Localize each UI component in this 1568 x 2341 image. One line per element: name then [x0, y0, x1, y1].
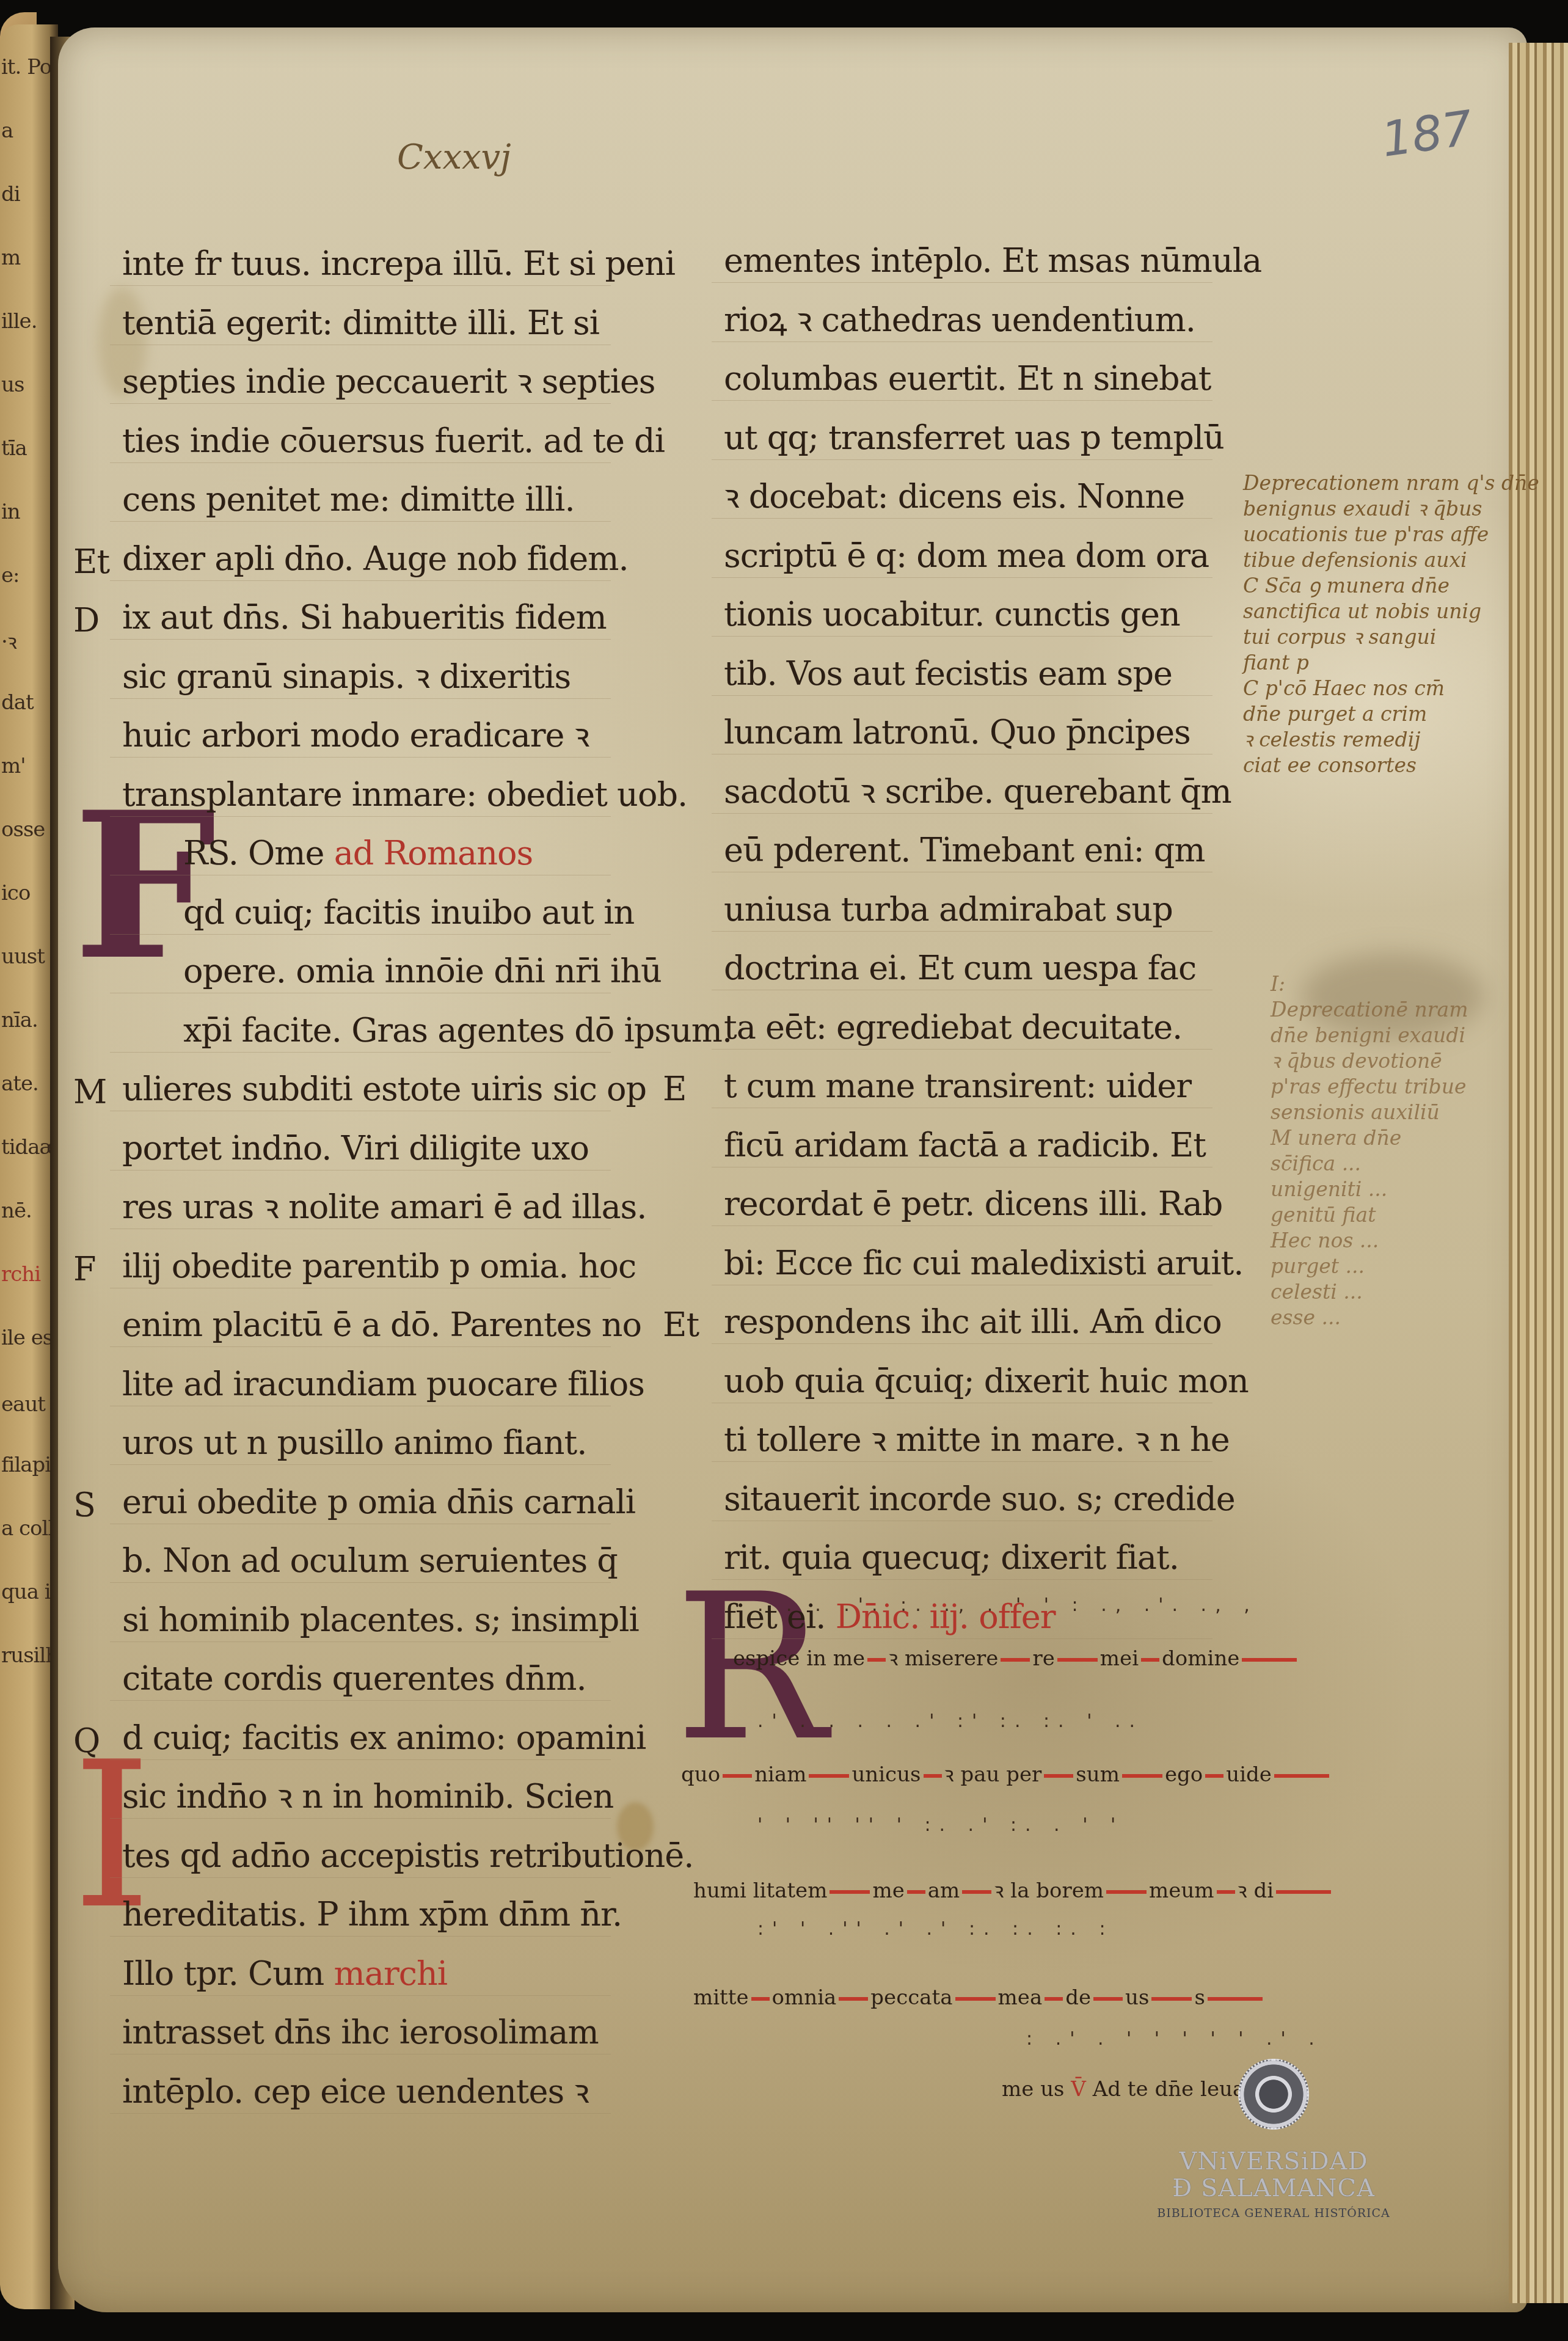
chant-syllable: sum: [1076, 1762, 1120, 1787]
ruling-line: [110, 1406, 611, 1406]
line-text: sic indn̄o ꝛ n in hominib. Scien: [122, 1777, 613, 1816]
line-text: fiet ei.: [724, 1598, 825, 1636]
ruling-line: [110, 1111, 611, 1111]
text-line: hereditatis. P ihm xp̄m dn̄m n̄r.: [122, 1898, 622, 1931]
ruling-line: [712, 1108, 1212, 1108]
marginalia-line: I:: [1271, 971, 1468, 997]
ruling-line: [712, 459, 1212, 460]
chant-syllable: de: [1065, 1985, 1091, 2010]
neume-row: ' ' '' '' ' :. .' :. . ' ': [757, 1814, 1124, 1836]
ruling-line: [110, 816, 611, 817]
margin-initial: Et: [663, 1306, 699, 1344]
text-line: tib. Vos aut fecistis eam spe: [724, 657, 1172, 690]
chant-syllable: niam: [754, 1762, 806, 1787]
margin-initial: F: [73, 1250, 95, 1288]
ruling-line: [110, 1700, 611, 1701]
text-line: res uras ꝛ nolite amari ē ad illas.: [122, 1191, 647, 1224]
facing-page-fragment: rchi: [1, 1262, 40, 1287]
text-line: transplantare inmare: obediet uob.: [122, 778, 687, 811]
line-text: rioꝝ ꝛ cathedras uendentium.: [724, 301, 1195, 339]
melisma-line: [809, 1774, 849, 1778]
text-line: sic indn̄o ꝛ n in hominib. Scien: [122, 1780, 613, 1813]
text-line: columbas euertit. Et n sinebat: [724, 362, 1211, 395]
text-line: doctrina ei. Et cum uespa fac: [724, 952, 1196, 985]
watermark-line-3: BIBLIOTECA GENERAL HISTÓRICA: [1145, 2207, 1402, 2220]
marginalia-line: Deprecationem nram q's dn̄e: [1243, 470, 1539, 496]
margin-initial: Et: [73, 542, 109, 581]
line-text: bi: Ecce fic cui maledixisti aruit.: [724, 1244, 1243, 1282]
ruling-line: [712, 577, 1212, 578]
text-line: b. Non ad oculum seruientes q̄: [122, 1544, 618, 1577]
text-line: bi: Ecce fic cui maledixisti aruit.: [724, 1247, 1243, 1280]
line-text: ulieres subditi estote uiris sic op: [122, 1070, 646, 1108]
line-text: ꝛ docebat: dicens eis. Nonne: [724, 477, 1184, 516]
text-line: ut qq; transferret uas p templū: [724, 422, 1224, 455]
line-text: tes qd adn̄o accepistis retributionē.: [122, 1836, 693, 1875]
line-text: d cuiq; facitis ex animo: opamini: [122, 1718, 646, 1757]
chant-syllable: ꝛ di: [1238, 1879, 1274, 1903]
chant-syllable: uide: [1226, 1762, 1272, 1787]
ruling-line: [712, 1225, 1212, 1226]
melisma-line: [907, 1890, 925, 1894]
chant-syllable: ꝛ miserere: [888, 1646, 998, 1671]
chant-syllable: meum: [1149, 1879, 1214, 1903]
facing-page-fragment: osse: [1, 817, 45, 842]
ruling-line: [110, 1995, 611, 1996]
library-watermark: VNiVERSiDAD Đ SALAMANCA BIBLIOTECA GENER…: [1145, 2059, 1402, 2220]
facing-page-fragment: di: [1, 182, 20, 206]
text-line: opere. omia innōie dn̄i nr̄i ihū: [183, 955, 662, 988]
text-line: tionis uocabitur. cunctis gen: [724, 598, 1180, 631]
text-line: rioꝝ ꝛ cathedras uendentium.: [724, 304, 1195, 337]
ruling-line: [110, 1582, 611, 1583]
ruling-line: [110, 1877, 611, 1878]
ruling-line: [110, 1288, 611, 1288]
line-text: inte fr tuus. increpa illū. Et si peni: [122, 244, 675, 283]
university-seal-icon: [1238, 2059, 1309, 2130]
chant-syllable: us: [1125, 1985, 1149, 2010]
melisma-line: [830, 1890, 870, 1894]
text-line: d cuiq; facitis ex animo: opamini: [122, 1722, 646, 1755]
line-text: RS. Ome: [183, 834, 324, 872]
facing-page-fragment: uust: [1, 944, 45, 969]
marginalia-line: Deprecationē nram: [1271, 997, 1468, 1023]
line-text: respondens ihc ait illi. Am̄ dico: [724, 1302, 1222, 1341]
marginalia-line: ꝛ celestis remedij: [1243, 727, 1539, 753]
marginalia-line: p'ras effectu tribue: [1271, 1074, 1468, 1100]
chant-syllable: mitte: [693, 1985, 749, 2010]
marginalia-line: ciat ee consortes: [1243, 753, 1539, 778]
text-line: ix aut dn̄s. Si habueritis fidem: [122, 601, 607, 634]
ruling-line: [110, 1642, 611, 1642]
melisma-line: [1093, 1997, 1123, 2001]
ruling-line: [712, 1343, 1212, 1344]
margin-initial: E: [663, 1070, 686, 1108]
marginalia-line: C p'cō Haec nos cm̄: [1243, 676, 1539, 701]
facing-page-fragment: ·ꝛ: [1, 627, 16, 655]
chant-syllable: domine: [1162, 1646, 1239, 1671]
line-text: Illo tpr. Cum: [122, 1954, 324, 1993]
melisma-line: [1276, 1890, 1331, 1894]
text-line: septies indie peccauerit ꝛ septies: [122, 365, 655, 398]
line-text: sic granū sinapis. ꝛ dixeritis: [122, 657, 571, 696]
marginalia-line: fiant p: [1243, 650, 1539, 676]
text-line: xp̄i facite. Gras agentes dō ipsum.: [183, 1014, 732, 1047]
text-line: rit. quia quecuq; dixerit fiat.: [724, 1541, 1179, 1574]
ruling-line: [712, 518, 1212, 519]
line-text: uros ut n pusillo animo fiant.: [122, 1423, 586, 1462]
margin-initial: S: [73, 1486, 95, 1524]
line-text: ficū aridam factā a radicib. Et: [724, 1126, 1206, 1164]
marginalia-line: unigeniti ...: [1271, 1177, 1468, 1202]
text-line: recordat ē petr. dicens illi. Rab: [724, 1188, 1222, 1221]
ruling-line: [712, 400, 1212, 401]
line-text: b. Non ad oculum seruientes q̄: [122, 1541, 618, 1580]
text-line: enim placitū ē a dō. Parentes no: [122, 1309, 641, 1342]
text-line: lite ad iracundiam puocare filios: [122, 1368, 644, 1401]
chant-syllable: ꝛ la borem: [994, 1879, 1104, 1903]
line-text: enim placitū ē a dō. Parentes no: [122, 1306, 641, 1344]
margin-initial: Q: [73, 1722, 100, 1760]
melisma-line: [1001, 1658, 1030, 1662]
text-line: sic granū sinapis. ꝛ dixeritis: [122, 660, 571, 693]
marginalia-line: celesti ...: [1271, 1279, 1468, 1305]
ruling-line: [110, 2054, 611, 2054]
line-text: tionis uocabitur. cunctis gen: [724, 595, 1180, 634]
ruling-line: [712, 872, 1212, 872]
melisma-line: [1106, 1890, 1147, 1894]
melisma-line: [751, 1997, 770, 2001]
melisma-line: [839, 1997, 868, 2001]
line-text: columbas euertit. Et n sinebat: [724, 359, 1211, 398]
ruling-line: [110, 698, 611, 699]
ruling-line: [110, 757, 611, 758]
line-text: ties indie cōuersus fuerit. ad te di: [122, 422, 665, 460]
line-text: intrasset dn̄s ihc ierosolimam: [122, 2013, 599, 2051]
line-text: lite ad iracundiam puocare filios: [122, 1365, 644, 1403]
line-text: uob quia q̄cuiq; dixerit huic mon: [724, 1362, 1249, 1400]
marginalia-line: tibue defensionis auxi: [1243, 547, 1539, 573]
ruling-line: [110, 1936, 611, 1937]
line-text: portet indn̄o. Viri diligite uxo: [122, 1129, 589, 1167]
facing-page-fragment: filapi:: [1, 1453, 57, 1477]
ruling-line: [110, 403, 611, 404]
line-text: qd cuiq; facitis inuibo aut in: [183, 893, 634, 932]
melisma-line: [1057, 1658, 1098, 1662]
text-line: ties indie cōuersus fuerit. ad te di: [122, 425, 665, 458]
marginalia-line: sensionis auxiliū: [1271, 1100, 1468, 1125]
line-text: recordat ē petr. dicens illi. Rab: [724, 1185, 1222, 1223]
margin-initial: M: [73, 1073, 106, 1111]
melisma-line: [1122, 1774, 1162, 1778]
ruling-line: [110, 2113, 611, 2114]
rubric: marchi: [334, 1954, 448, 1993]
facing-page-fragment: e:: [1, 563, 20, 588]
ruling-line: [110, 993, 611, 993]
text-line: intēplo. cep eice uendentes ꝛ: [122, 2075, 589, 2108]
watermark-line-1: VNiVERSiDAD: [1145, 2148, 1402, 2175]
ruling-line: [712, 1521, 1212, 1521]
ruling-line: [110, 462, 611, 463]
ruling-line: [712, 282, 1212, 283]
line-text: sacdotū ꝛ scribe. querebant q̄m: [724, 772, 1231, 811]
chant-text-line: humi litatemmeamꝛ la boremmeumꝛ di: [693, 1875, 1333, 1904]
marginalia-line: M unera dn̄e: [1271, 1125, 1468, 1151]
chant-syllable: mea: [998, 1985, 1043, 2010]
line-text: tib. Vos aut fecistis eam spe: [724, 654, 1172, 693]
facing-page-fragment: in: [1, 500, 20, 524]
marginalia-line: tui corpus ꝛ sangui: [1243, 624, 1539, 650]
marginalia-line: sc̄ifica ...: [1271, 1151, 1468, 1177]
ruling-line: [110, 1759, 611, 1760]
chant-syllable: V̄: [1071, 2077, 1086, 2102]
line-text: ut qq; transferret uas p templū: [724, 418, 1224, 457]
facing-page-fragment: a: [1, 119, 13, 143]
text-line: citate cordis querentes dn̄m.: [122, 1662, 586, 1695]
facing-page-fragment: nīa.: [1, 1008, 38, 1032]
text-line: respondens ihc ait illi. Am̄ dico: [724, 1306, 1222, 1338]
text-line: si hominib placentes. s; insimpli: [122, 1604, 639, 1637]
text-line: ti tollere ꝛ mitte in mare. ꝛ n he: [724, 1423, 1230, 1456]
facing-page-fragment: us: [1, 373, 24, 397]
running-head: Cxxxvj: [397, 137, 511, 177]
ruling-line: [110, 1524, 611, 1524]
chant-syllable: me: [872, 1879, 904, 1903]
text-line: ꝛ docebat: dicens eis. Nonne: [724, 480, 1184, 513]
ruling-line: [712, 990, 1212, 990]
watermark-line-2: Đ SALAMANCA: [1145, 2175, 1402, 2202]
ruling-line: [110, 875, 611, 875]
text-line: ementes intēplo. Et msas nūmula: [724, 244, 1261, 277]
text-line: intrasset dn̄s ihc ierosolimam: [122, 2016, 599, 2049]
line-text: uniusa turba admirabat sup: [724, 890, 1173, 929]
melisma-line: [955, 1997, 996, 2001]
line-text: ilij obedite parentib p omia. hoc: [122, 1247, 636, 1285]
text-line: ta eēt: egrediebat decuitate.: [724, 1011, 1182, 1044]
melisma-line: [1044, 1774, 1073, 1778]
facing-page-fragment: it. Po: [1, 55, 51, 79]
text-line: fiet ei. Dn̄ic. iij. offer: [724, 1601, 1055, 1634]
text-line: RS. Ome ad Romanos: [183, 837, 533, 870]
chant-syllable: am: [928, 1879, 960, 1903]
marginalia-line: sanctifica ut nobis unig: [1243, 599, 1539, 624]
ruling-line: [712, 1638, 1212, 1639]
text-line: inte fr tuus. increpa illū. Et si peni: [122, 247, 675, 280]
chant-text-line: quoniamunicusꝛ pau persumegouide: [681, 1759, 1332, 1788]
ruling-line: [712, 341, 1212, 342]
ruling-line: [712, 1461, 1212, 1462]
neume-row: .' . . . . .' :' :. :. ' ..: [757, 1711, 1143, 1732]
ruling-line: [712, 636, 1212, 637]
line-text: tentiā egerit: dimitte illi. Et si: [122, 304, 599, 342]
ruling-line: [712, 813, 1212, 814]
line-text: ix aut dn̄s. Si habueritis fidem: [122, 598, 607, 637]
text-line: ilij obedite parentib p omia. hoc: [122, 1250, 636, 1283]
chant-syllable: humi litatem: [693, 1879, 827, 1903]
line-text: erui obedite p omia dn̄is carnali: [122, 1483, 635, 1521]
melisma-line: [1045, 1997, 1063, 2001]
text-line: luncam latronū. Quo p̄ncipes: [724, 716, 1191, 749]
manuscript-scan: it. Poadimille.ustīaine:·ꝛdatm'osseicouu…: [0, 0, 1568, 2341]
facing-page-fragment: m': [1, 754, 26, 778]
text-line: eū pderent. Timebant eni: qm: [724, 834, 1205, 867]
marginalia-line: C Sc̄a ꝯ munera dn̄e: [1243, 573, 1539, 599]
line-text: opere. omia innōie dn̄i nr̄i ihū: [183, 952, 662, 990]
text-line: Illo tpr. Cum marchi: [122, 1957, 447, 1990]
melisma-line: [1242, 1658, 1297, 1662]
text-line: scriptū ē q: dom mea dom ora: [724, 539, 1209, 572]
ruling-line: [110, 1229, 611, 1229]
line-text: scriptū ē q: dom mea dom ora: [724, 536, 1209, 575]
facing-page-fragment: ille.: [1, 309, 37, 334]
text-line: sitauerit incorde suo. s; credide: [724, 1483, 1235, 1516]
marginalia-line: genitū fiat: [1271, 1202, 1468, 1228]
ruling-line: [712, 695, 1212, 696]
text-line: t cum mane transirent: uider: [724, 1070, 1191, 1103]
line-text: sitauerit incorde suo. s; credide: [724, 1480, 1235, 1518]
marginalia-line: benignus exaudi ꝛ q̄bus: [1243, 496, 1539, 522]
chant-text-line: mitteomniapeccatameadeuss: [693, 1985, 1265, 2010]
page-edges: [1509, 43, 1568, 2303]
chant-syllable: s: [1194, 1985, 1205, 2010]
facing-page-fragment: m: [1, 246, 20, 270]
ruling-line: [110, 1818, 611, 1819]
chant-syllable: mei: [1100, 1646, 1139, 1671]
chant-syllable: peccata: [870, 1985, 952, 2010]
line-text: transplantare inmare: obediet uob.: [122, 775, 687, 814]
text-line: uros ut n pusillo animo fiant.: [122, 1426, 586, 1459]
ruling-line: [110, 345, 611, 345]
ruling-line: [110, 1170, 611, 1170]
text-line: tes qd adn̄o accepistis retributionē.: [122, 1839, 693, 1872]
text-line: sacdotū ꝛ scribe. querebant q̄m: [724, 775, 1231, 808]
text-line: uniusa turba admirabat sup: [724, 893, 1173, 926]
ruling-line: [712, 1285, 1212, 1285]
melisma-line: [867, 1658, 886, 1662]
neume-row: :' ' .'' .' .' :. :. :. :: [757, 1918, 1114, 1940]
facing-page-fragment: ico: [1, 881, 30, 905]
chant-syllable: me us: [1002, 2077, 1065, 2102]
melisma-line: [1274, 1774, 1329, 1778]
ruling-line: [110, 639, 611, 640]
marginalia-line: esse ...: [1271, 1305, 1468, 1331]
line-text: luncam latronū. Quo p̄ncipes: [724, 713, 1191, 751]
line-text: doctrina ei. Et cum uespa fac: [724, 949, 1196, 987]
text-line: ficū aridam factā a radicib. Et: [724, 1129, 1206, 1162]
chant-syllable: quo: [681, 1762, 720, 1787]
ruling-line: [712, 1049, 1212, 1050]
ruling-line: [110, 934, 611, 935]
melisma-line: [723, 1774, 752, 1778]
text-line: huic arbori modo eradicare ꝛ: [122, 719, 589, 752]
ruling-line: [110, 285, 611, 286]
line-text: ta eēt: egrediebat decuitate.: [724, 1008, 1182, 1046]
ruling-line: [712, 1403, 1212, 1403]
ruling-line: [712, 1167, 1212, 1167]
text-line: erui obedite p omia dn̄is carnali: [122, 1486, 635, 1519]
margin-initial: D: [73, 601, 99, 640]
marginalia-upper: Deprecationem nram q's dn̄ebenignus exau…: [1243, 470, 1539, 778]
line-text: eū pderent. Timebant eni: qm: [724, 831, 1205, 869]
ruling-line: [110, 521, 611, 522]
facing-page-fragment: ate.: [1, 1072, 38, 1096]
ruling-line: [110, 1464, 611, 1465]
line-text: rit. quia quecuq; dixerit fiat.: [724, 1538, 1179, 1577]
marginalia-line: Hec nos ...: [1271, 1228, 1468, 1254]
marginalia-lower: I:Deprecationē nramdn̄e benigni exaudiꝛ …: [1271, 971, 1468, 1331]
ruling-line: [712, 931, 1212, 932]
facing-page-fragment: tīa: [1, 436, 27, 461]
text-line: portet indn̄o. Viri diligite uxo: [122, 1132, 589, 1165]
line-text: xp̄i facite. Gras agentes dō ipsum.: [183, 1011, 732, 1050]
line-text: cens penitet me: dimitte illi.: [122, 480, 575, 519]
line-text: res uras ꝛ nolite amari ē ad illas.: [122, 1188, 647, 1226]
text-line: ulieres subditi estote uiris sic op: [122, 1073, 646, 1106]
rubric: Dn̄ic. iij. offer: [836, 1598, 1056, 1636]
line-text: septies indie peccauerit ꝛ septies: [122, 362, 655, 401]
chant-syllable: unicus: [851, 1762, 921, 1787]
line-text: huic arbori modo eradicare ꝛ: [122, 716, 589, 754]
chant-text-line: espice in meꝛ miserereremeidomine: [733, 1643, 1299, 1671]
line-text: ementes intēplo. Et msas nūmula: [724, 241, 1261, 280]
melisma-line: [1151, 1997, 1192, 2001]
ruling-line: [712, 754, 1212, 754]
text-line: dixer apli dn̄o. Auge nob fidem.: [122, 542, 629, 575]
line-text: intēplo. cep eice uendentes ꝛ: [122, 2072, 589, 2111]
text-line: uob quia q̄cuiq; dixerit huic mon: [724, 1365, 1249, 1398]
ruling-line: [712, 1579, 1212, 1580]
line-text: dixer apli dn̄o. Auge nob fidem.: [122, 539, 629, 578]
marginalia-line: purget ...: [1271, 1254, 1468, 1279]
facing-page-fragment: dat: [1, 690, 34, 715]
chant-syllable: espice in me: [733, 1646, 865, 1671]
marginalia-line: uocationis tue p'ras affe: [1243, 522, 1539, 547]
line-text: ti tollere ꝛ mitte in mare. ꝛ n he: [724, 1420, 1230, 1459]
ruling-line: [110, 580, 611, 581]
chant-syllable: ꝛ pau per: [944, 1762, 1042, 1787]
chant-syllable: ego: [1165, 1762, 1203, 1787]
marginalia-line: dn̄e purget a crim: [1243, 701, 1539, 727]
marginalia-line: dn̄e benigni exaudi: [1271, 1023, 1468, 1048]
text-line: qd cuiq; facitis inuibo aut in: [183, 896, 634, 929]
melisma-line: [962, 1890, 991, 1894]
melisma-line: [1217, 1890, 1235, 1894]
melisma-line: [924, 1774, 942, 1778]
neume-row: : .' . ' ' ' ' ' .' .: [1026, 2028, 1323, 2050]
facing-page-edge: it. Poadimille.ustīaine:·ꝛdatm'osseicouu…: [0, 24, 58, 2309]
melisma-line: [1205, 1774, 1223, 1778]
chant-syllable: re: [1032, 1646, 1054, 1671]
rubric: ad Romanos: [334, 834, 533, 872]
ruling-line: [110, 1346, 611, 1347]
line-text: t cum mane transirent: uider: [724, 1067, 1191, 1105]
line-text: hereditatis. P ihm xp̄m dn̄m n̄r.: [122, 1895, 622, 1934]
line-text: citate cordis querentes dn̄m.: [122, 1659, 586, 1698]
facing-page-fragment: nē.: [1, 1199, 32, 1223]
text-line: cens penitet me: dimitte illi.: [122, 483, 575, 516]
ruling-line: [110, 1052, 611, 1053]
line-text: si hominib placentes. s; insimpli: [122, 1601, 639, 1639]
chant-syllable: omnia: [772, 1985, 837, 2010]
melisma-line: [1141, 1658, 1159, 1662]
marginalia-line: ꝛ q̄bus devotionē: [1271, 1048, 1468, 1074]
melisma-line: [1208, 1997, 1263, 2001]
text-line: tentiā egerit: dimitte illi. Et si: [122, 307, 599, 340]
